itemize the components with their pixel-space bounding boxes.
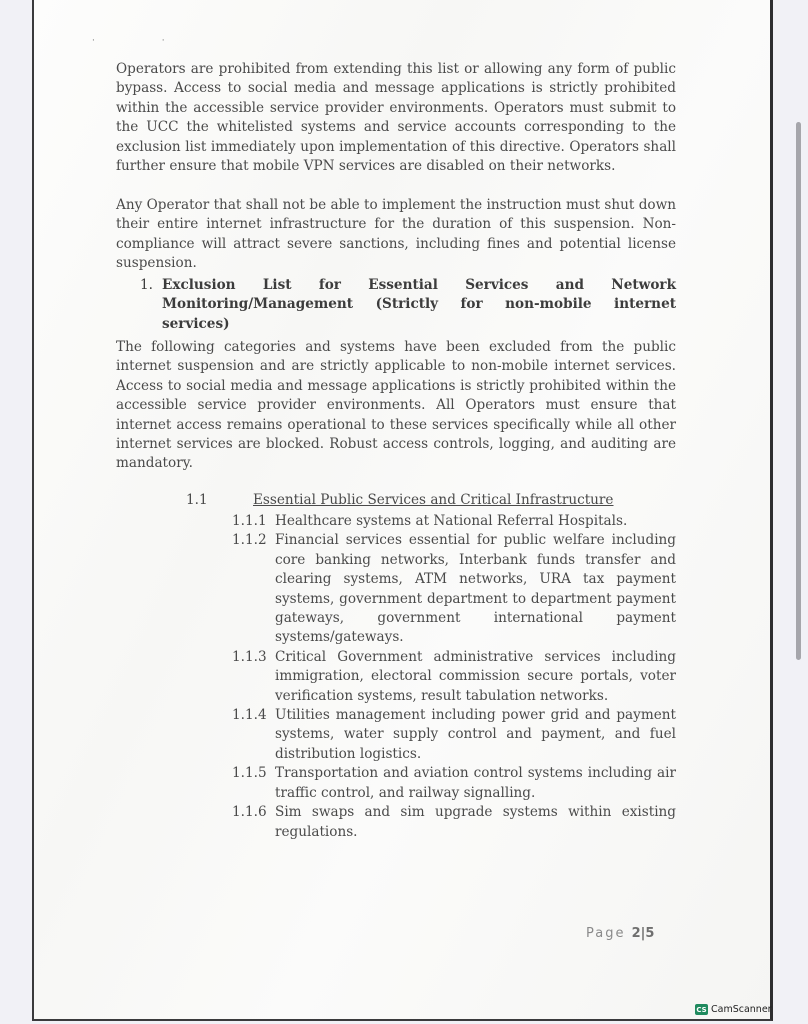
item-text: Financial services essential for public …: [275, 531, 676, 647]
list-item: 1.1.4 Utilities management including pow…: [232, 706, 676, 764]
item-number: 1.1.6: [232, 803, 267, 822]
section-heading: 1. Exclusion List for Essential Services…: [140, 276, 676, 334]
paragraph-exclusions-intro: The following categories and systems hav…: [116, 338, 676, 474]
item-number: 1.1.2: [232, 531, 267, 550]
item-number: 1.1.5: [232, 764, 267, 783]
camscanner-watermark: CS CamScanner: [695, 1004, 772, 1015]
list-item: 1.1.6 Sim swaps and sim upgrade systems …: [232, 803, 676, 842]
camscanner-logo-icon: CS: [695, 1004, 708, 1015]
item-text: Critical Government administrative servi…: [275, 648, 676, 706]
page-footer: Page 2|5: [586, 926, 654, 941]
list-item: 1.1.5 Transportation and aviation contro…: [232, 764, 676, 803]
scan-specks: · ·: [92, 36, 197, 46]
list-item: 1.1.2 Financial services essential for p…: [232, 531, 676, 647]
subsection-title: Essential Public Services and Critical I…: [253, 491, 613, 510]
section-title: Exclusion List for Essential Services an…: [162, 276, 676, 334]
item-number: 1.1.4: [232, 706, 267, 725]
scrollbar-thumb[interactable]: [796, 122, 801, 660]
page-label: Page: [586, 926, 625, 941]
item-number: 1.1.3: [232, 648, 267, 667]
list-item: 1.1.1 Healthcare systems at National Ref…: [232, 512, 676, 531]
list-item: 1.1.3 Critical Government administrative…: [232, 648, 676, 706]
item-text: Sim swaps and sim upgrade systems within…: [275, 803, 676, 842]
paragraph-operators-prohibited: Operators are prohibited from extending …: [116, 60, 676, 176]
item-text: Transportation and aviation control syst…: [275, 764, 676, 803]
exclusion-items-list: 1.1.1 Healthcare systems at National Ref…: [232, 512, 676, 842]
item-number: 1.1.1: [232, 512, 267, 531]
page-number: 2|5: [632, 926, 655, 941]
subsection-number: 1.1: [186, 491, 208, 510]
watermark-label: CamScanner: [711, 1004, 772, 1015]
paragraph-noncompliance: Any Operator that shall not be able to i…: [116, 196, 676, 274]
section-number: 1.: [140, 276, 153, 295]
item-text: Healthcare systems at National Referral …: [275, 512, 676, 531]
item-text: Utilities management including power gri…: [275, 706, 676, 764]
